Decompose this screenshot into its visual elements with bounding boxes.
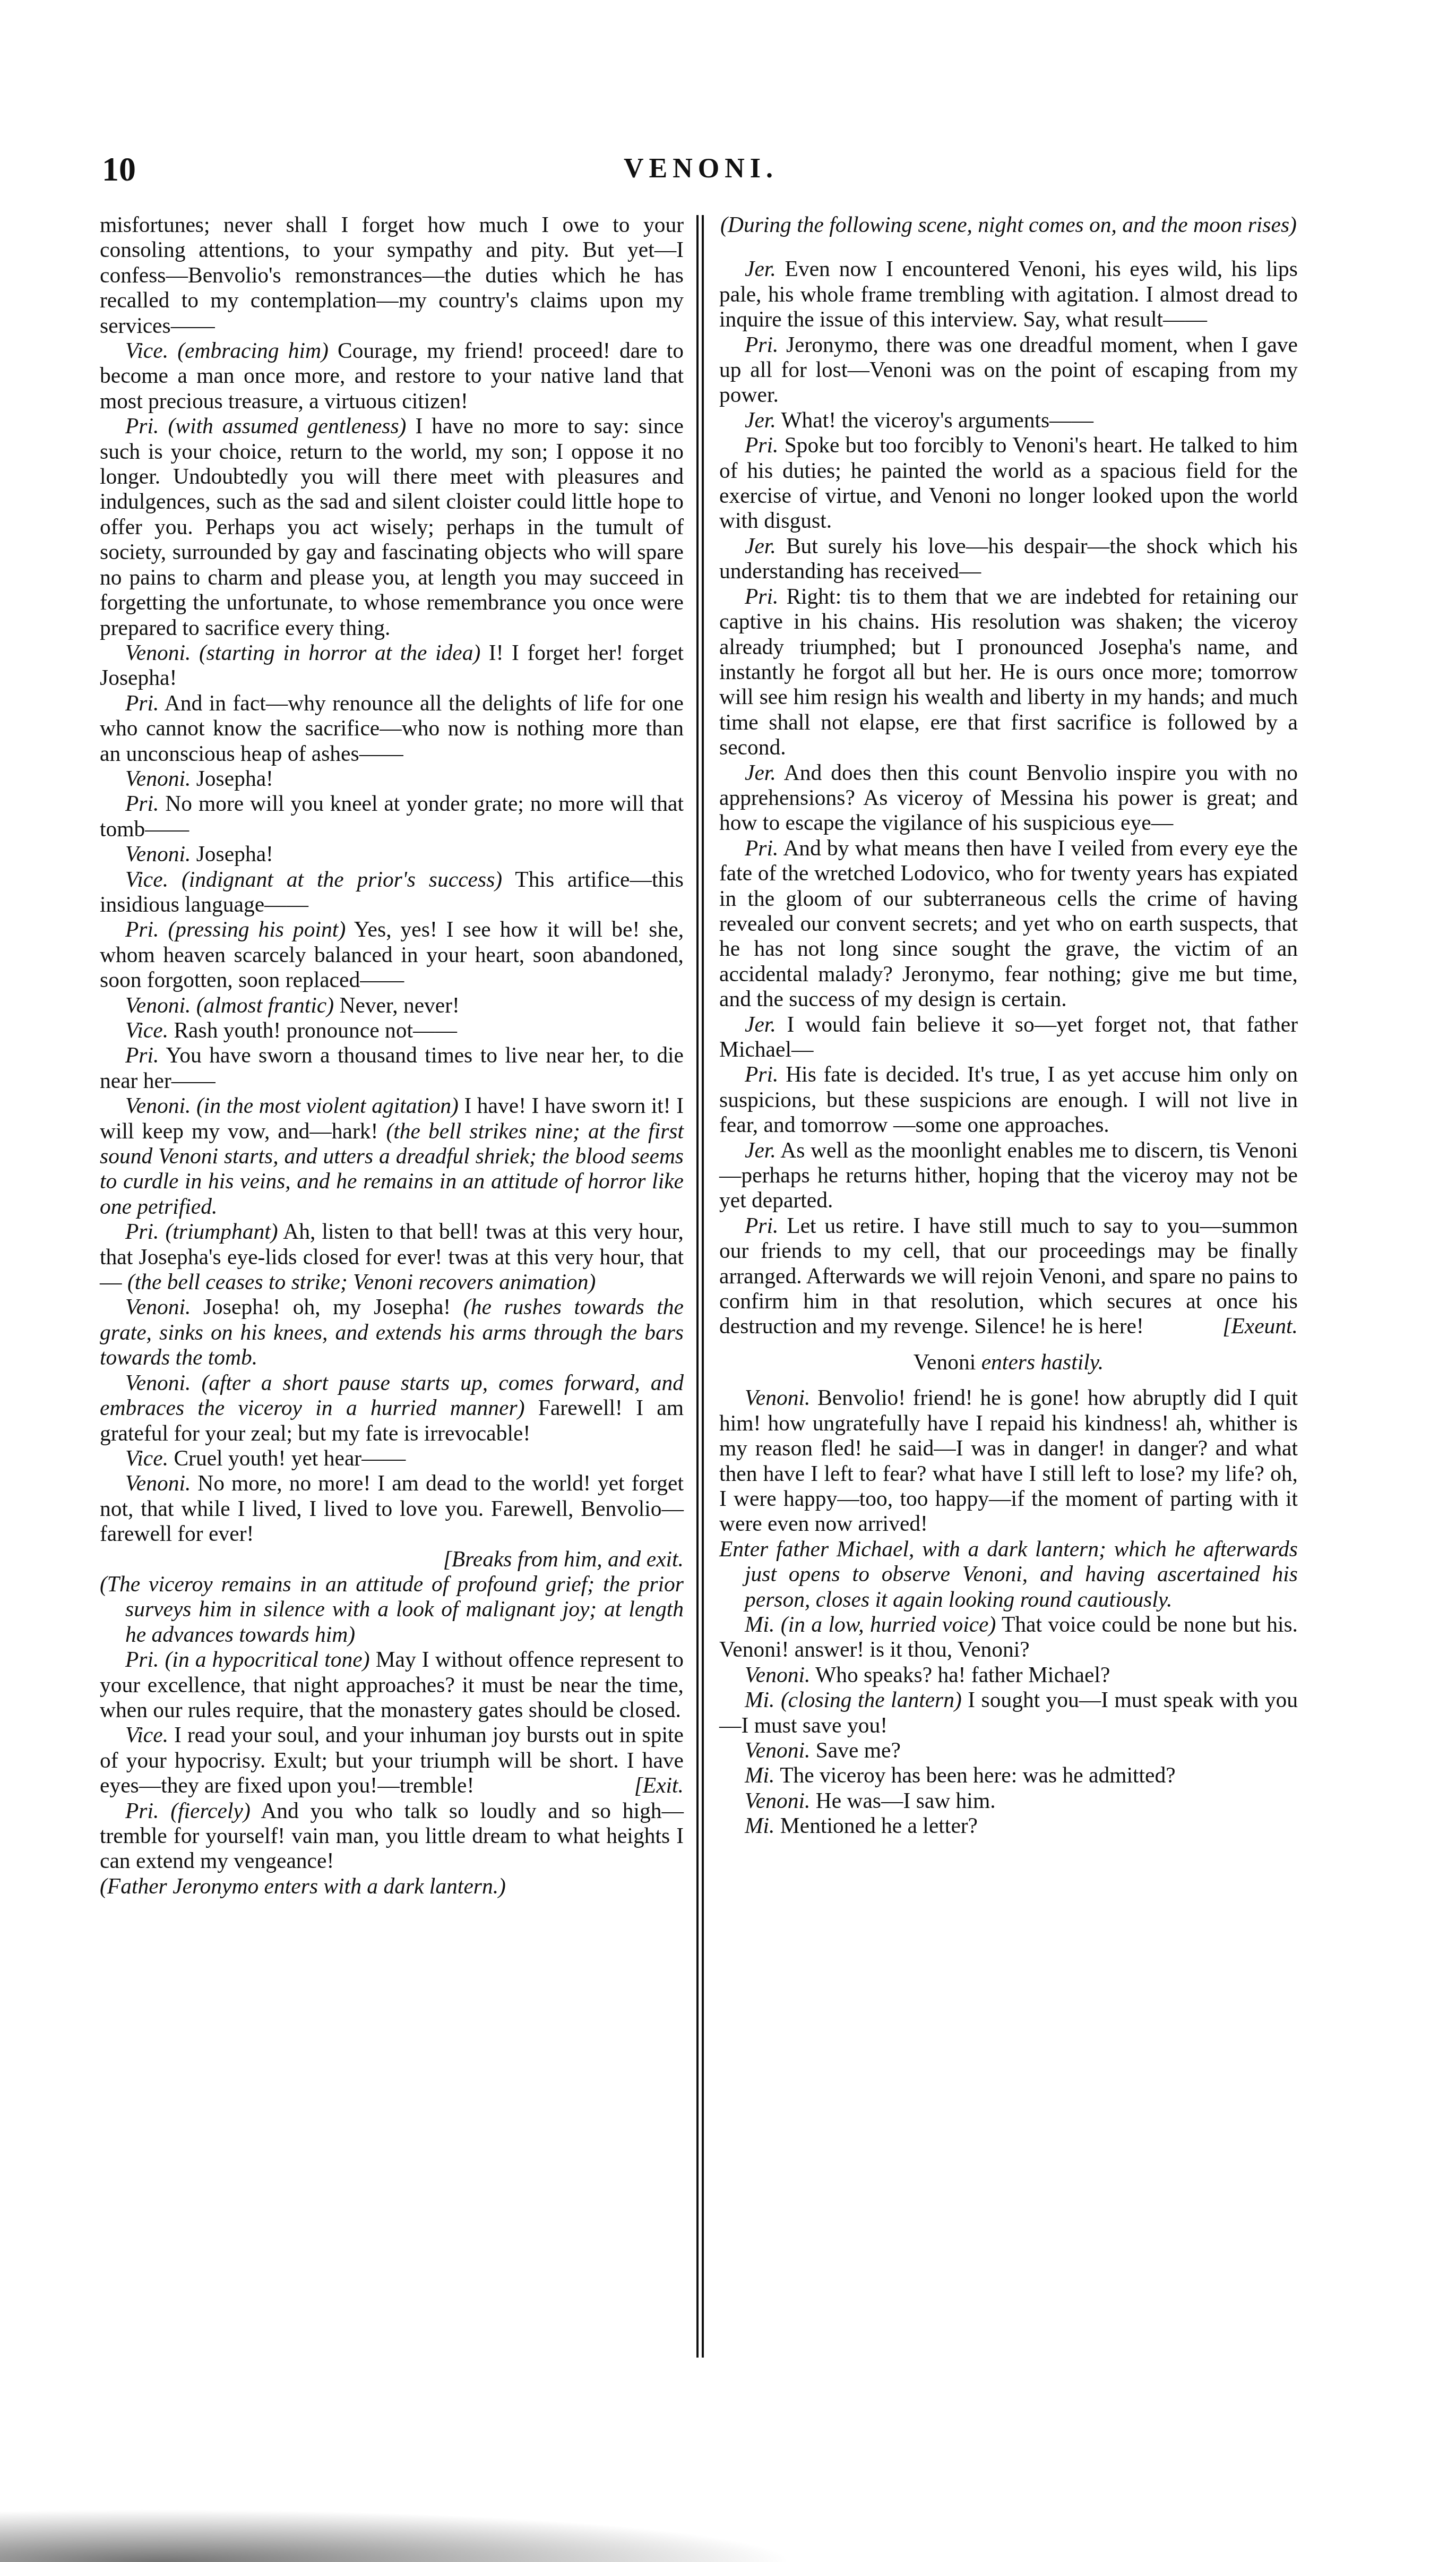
exit-direction: [Exit. <box>609 1773 684 1798</box>
speech: Venoni. Josepha! <box>100 842 684 867</box>
speaker-name: Jer. <box>745 760 776 785</box>
stage-direction: (the bell ceases to strike; Venoni recov… <box>127 1270 596 1294</box>
scan-speckle <box>0 2509 796 2562</box>
speaker-name: Pri. <box>125 1798 159 1823</box>
speaker-name: Jer. <box>745 534 776 558</box>
speaker-name: Vice. <box>125 1018 168 1042</box>
speech: Venoni. No more, no more! I am dead to t… <box>100 1471 684 1546</box>
speaker-name: Pri. <box>125 917 159 941</box>
speaker-name: Mi. <box>745 1763 774 1787</box>
speech: Venoni. Josepha! oh, my Josepha! (he rus… <box>100 1295 684 1370</box>
speaker-name: Venoni. <box>125 1471 191 1495</box>
speech-text: Never, never! <box>339 993 459 1017</box>
speech: Vice. (indignant at the prior's success)… <box>100 867 684 918</box>
speaker-name: Venoni. <box>745 1738 810 1762</box>
paragraph-text: misfortunes; never shall I forget how mu… <box>100 212 684 338</box>
speaker-name: Venoni. <box>125 1295 191 1319</box>
speaker-name: Venoni. <box>745 1385 810 1410</box>
speech: Pri. Let us retire. I have still much to… <box>719 1213 1298 1339</box>
speaker-name: Jer. <box>745 408 776 432</box>
speech: Jer. But surely his love—his despair—the… <box>719 534 1298 584</box>
speech-text: Who speaks? ha! father Michael? <box>815 1663 1110 1687</box>
stage-direction-block: Enter father Michael, with a dark lanter… <box>719 1537 1298 1612</box>
speaker-name: Venoni. <box>745 1788 810 1813</box>
speech: Vice. Rash youth! pronounce not—— <box>100 1018 684 1043</box>
speech: Jer. And does then this count Benvolio i… <box>719 760 1298 836</box>
right-column: (During the following scene, night comes… <box>719 212 1298 1839</box>
speech: Pri. And by what means then have I veile… <box>719 836 1298 1012</box>
stage-direction: (closing the lantern) <box>781 1687 962 1712</box>
stage-direction: (with assumed gentleness) <box>168 414 406 438</box>
speaker-name: Pri. <box>745 1213 778 1238</box>
speech: Venoni. (in the most violent agitation) … <box>100 1093 684 1219</box>
speaker-name: Vice. <box>125 1446 168 1470</box>
speaker-name: Venoni. <box>125 1093 191 1118</box>
speaker-name: Mi. <box>745 1687 774 1712</box>
stage-direction: (triumphant) <box>165 1219 278 1244</box>
speech: Jer. I would fain believe it so—yet forg… <box>719 1012 1298 1062</box>
speaker-name: Venoni. <box>125 640 191 665</box>
speaker-name: Pri. <box>745 332 778 357</box>
speech-text: Rash youth! pronounce not—— <box>174 1018 457 1042</box>
speaker-name: Vice. <box>125 1723 168 1747</box>
speech-text: No more will you kneel at yonder grate; … <box>100 791 684 841</box>
speech-text: But surely his love—his despair—the shoc… <box>719 534 1298 583</box>
speech: Pri. Spoke but too forcibly to Venoni's … <box>719 433 1298 534</box>
speech-text: What! the viceroy's arguments—— <box>781 408 1093 432</box>
speech-text: He was—I saw him. <box>816 1788 996 1813</box>
speaker-name: Mi. <box>745 1612 774 1636</box>
speech-text: Save me? <box>816 1738 901 1762</box>
speech: Vice. (embracing him) Courage, my friend… <box>100 338 684 414</box>
speaker-name: Venoni. <box>125 993 191 1017</box>
speech-text: Cruel youth! yet hear—— <box>174 1446 406 1470</box>
page-number: 10 <box>102 150 136 189</box>
speech: Mi. (closing the lantern) I sought you—I… <box>719 1687 1298 1738</box>
stage-direction: (The viceroy remains in an attitude of p… <box>100 1572 684 1647</box>
stage-direction-block: (The viceroy remains in an attitude of p… <box>100 1572 684 1647</box>
stage-direction: (fiercely) <box>170 1798 251 1823</box>
speech: Venoni. Benvolio! friend! he is gone! ho… <box>719 1385 1298 1536</box>
speech: Mi. Mentioned he a letter? <box>719 1813 1298 1838</box>
speech: Pri. You have sworn a thousand times to … <box>100 1043 684 1093</box>
speech: Pri. (with assumed gentleness) I have no… <box>100 414 684 640</box>
speaker-name: Pri. <box>745 433 778 457</box>
speech-text: Josepha! <box>196 842 273 866</box>
speech-text: Even now I encountered Venoni, his eyes … <box>719 256 1298 331</box>
stage-direction: (pressing his point) <box>168 917 346 941</box>
speech-text: Jeronymo, there was one dreadful moment,… <box>719 332 1298 407</box>
speech-text: I read your soul, and your inhuman joy b… <box>100 1723 684 1797</box>
speech-text: And by what means then have I veiled fro… <box>719 836 1298 1011</box>
speaker-name: Pri. <box>745 836 778 860</box>
speech: Venoni. Save me? <box>719 1738 1298 1763</box>
stage-direction: (starting in horror at the idea) <box>199 640 480 665</box>
stage-direction: (During the following scene, night comes… <box>720 212 1297 237</box>
speaker-name: Pri. <box>125 1043 159 1067</box>
stage-direction: (in the most violent agitation) <box>196 1093 459 1118</box>
speech: Pri. (triumphant) Ah, listen to that bel… <box>100 1219 684 1295</box>
speech: Pri. No more will you kneel at yonder gr… <box>100 791 684 842</box>
speech-text: The viceroy has been here: was he admitt… <box>780 1763 1176 1787</box>
speaker-name: Venoni. <box>125 1370 191 1395</box>
speech: Venoni. He was—I saw him. <box>719 1788 1298 1813</box>
paragraph: misfortunes; never shall I forget how mu… <box>100 212 684 338</box>
scene-direction: (During the following scene, night comes… <box>719 212 1298 237</box>
stage-direction-block: (Father Jeronymo enters with a dark lant… <box>100 1874 684 1899</box>
speech-text: And in fact—why renounce all the delight… <box>100 691 684 766</box>
speech-text: Right: tis to them that we are indebted … <box>719 584 1298 759</box>
speech-text: Josepha! <box>196 766 273 791</box>
speech: Pri. Jeronymo, there was one dreadful mo… <box>719 332 1298 408</box>
speaker-name: Mi. <box>745 1813 774 1838</box>
speech: Venoni. Josepha! <box>100 766 684 791</box>
running-head: VENONI. <box>624 153 778 184</box>
speaker-name: Jer. <box>745 256 776 281</box>
speech: Pri. (pressing his point) Yes, yes! I se… <box>100 917 684 992</box>
exit-direction: [Exeunt. <box>1197 1314 1298 1339</box>
speech: Mi. The viceroy has been here: was he ad… <box>719 1763 1298 1788</box>
speech-text: Josepha! oh, my Josepha! <box>203 1295 451 1319</box>
left-column: misfortunes; never shall I forget how mu… <box>100 212 684 1899</box>
speech: Pri. (fiercely) And you who talk so loud… <box>100 1798 684 1874</box>
speech: Jer. What! the viceroy's arguments—— <box>719 408 1298 433</box>
speaker-name: Jer. <box>745 1012 776 1036</box>
speaker-name: Pri. <box>745 584 778 609</box>
speaker-name: Vice. <box>125 338 168 363</box>
speaker-name: Vice. <box>125 867 168 892</box>
stage-direction: (embracing him) <box>177 338 329 363</box>
speaker-name: Venoni. <box>125 766 191 791</box>
speech: Mi. (in a low, hurried voice) That voice… <box>719 1612 1298 1663</box>
speech: Pri. His fate is decided. It's true, I a… <box>719 1062 1298 1137</box>
speech-text: Mentioned he a letter? <box>780 1813 978 1838</box>
speaker-name: Pri. <box>125 414 159 438</box>
entrance-direction: Venoni enters hastily. <box>719 1350 1298 1375</box>
speech: Jer. As well as the moonlight enables me… <box>719 1138 1298 1213</box>
speech-text: And does then this count Benvolio inspir… <box>719 760 1298 835</box>
speech: Vice. I read your soul, and your inhuman… <box>100 1723 684 1798</box>
speech-text: You have sworn a thousand times to live … <box>100 1043 684 1092</box>
speech: Venoni. (after a short pause starts up, … <box>100 1370 684 1446</box>
stage-direction: [Breaks from him, and exit. <box>443 1547 684 1571</box>
stage-direction: Enter father Michael, with a dark lanter… <box>719 1537 1298 1612</box>
speaker-name: Pri. <box>125 1647 159 1672</box>
speech: Venoni. (almost frantic) Never, never! <box>100 993 684 1018</box>
speech-text: As well as the moonlight enables me to d… <box>719 1138 1298 1213</box>
stage-direction: (indignant at the prior's success) <box>182 867 502 892</box>
speech: Pri. (in a hypocritical tone) May I with… <box>100 1647 684 1723</box>
speech: Pri. Right: tis to them that we are inde… <box>719 584 1298 760</box>
column-divider <box>696 215 699 2358</box>
stage-direction: (in a hypocritical tone) <box>165 1647 370 1672</box>
speaker-name: Pri. <box>125 791 159 816</box>
speech-text: His fate is decided. It's true, I as yet… <box>719 1062 1298 1137</box>
stage-direction: (Father Jeronymo enters with a dark lant… <box>100 1874 506 1898</box>
stage-direction: (almost frantic) <box>196 993 334 1017</box>
speech: Pri. And in fact—why renounce all the de… <box>100 691 684 766</box>
speech: Venoni. Who speaks? ha! father Michael? <box>719 1663 1298 1687</box>
stage-direction: enters hastily. <box>981 1350 1104 1374</box>
speech-text: I have no more to say: since such is you… <box>100 414 684 639</box>
speaker-name: Jer. <box>745 1138 776 1162</box>
speaker-name: Venoni. <box>745 1663 810 1687</box>
speaker-name: Pri. <box>125 691 159 715</box>
exit-direction: [Breaks from him, and exit. <box>100 1547 684 1572</box>
speech-text: Spoke but too forcibly to Venoni's heart… <box>719 433 1298 533</box>
speech: Vice. Cruel youth! yet hear—— <box>100 1446 684 1471</box>
stage-direction: (in a low, hurried voice) <box>781 1612 996 1636</box>
speech: Jer. Even now I encountered Venoni, his … <box>719 256 1298 332</box>
speech: Venoni. (starting in horror at the idea)… <box>100 640 684 691</box>
speaker-name: Venoni. <box>125 842 191 866</box>
character-name: Venoni <box>914 1350 976 1374</box>
speaker-name: Pri. <box>125 1219 159 1244</box>
speaker-name: Pri. <box>745 1062 778 1086</box>
column-divider <box>702 215 704 2358</box>
speech-text: I would fain believe it so—yet forget no… <box>719 1012 1298 1061</box>
